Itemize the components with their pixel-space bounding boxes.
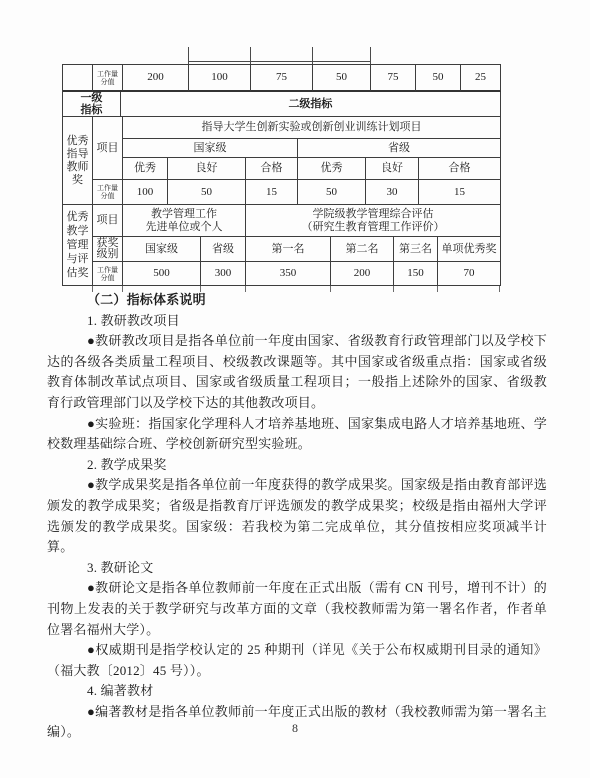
- grade-cell: 优秀: [123, 158, 168, 180]
- table-cut-line: [188, 61, 370, 62]
- score-cell: 75: [251, 65, 313, 92]
- level-cell: 第二名: [331, 237, 394, 262]
- paragraph: 1. 教研教改项目: [47, 311, 547, 332]
- score-cell: 500: [123, 262, 201, 286]
- item-label: 项目: [93, 117, 123, 180]
- level-header-row: 一级 指标 二级指标: [63, 92, 501, 117]
- level-cell: 省级: [201, 237, 246, 262]
- guide-award-content: 指导大学生创新实验或创新创业训练计划项目 国家级 省级 优秀 良好 合格 优秀 …: [123, 117, 501, 205]
- grade-cell: 良好: [168, 158, 246, 180]
- level-cell: 第三名: [394, 237, 438, 262]
- empty-cell: [63, 65, 93, 92]
- mgmt-award-band: 优秀 教学 管理 与评 估奖 项目 获奖 级别 工作量 分值 教学管理工作 先进…: [63, 205, 501, 286]
- grade-row: 优秀 良好 合格 优秀 良好 合格: [123, 158, 501, 180]
- score-cell: 75: [371, 65, 416, 92]
- paragraph: ●教学成果奖是指各单位前一年度获得的教学成果奖。国家级是指由教育部评选颁发的教学…: [47, 475, 547, 557]
- score-cell: 70: [438, 262, 501, 286]
- score-cell: 200: [331, 262, 394, 286]
- indicator-table: 工作量 分值 200 100 75 50 75 50 25 一级 指标 二级指标…: [62, 64, 501, 286]
- grade-cell: 良好: [366, 158, 419, 180]
- paragraph: ●实验班：指国家化学理科人才培养基地班、国家集成电路人才培养基地班、学校数理基础…: [47, 414, 547, 455]
- score-cell: 150: [394, 262, 438, 286]
- project-header-row: 指导大学生创新实验或创新创业训练计划项目: [123, 117, 501, 139]
- score-cell: 30: [366, 180, 419, 205]
- score-cell: 50: [298, 180, 366, 205]
- table-cut-stub: [370, 47, 371, 64]
- grade-cell: 合格: [246, 158, 298, 180]
- group-row: 国家级 省级: [123, 139, 501, 158]
- score-cell: 50: [313, 65, 371, 92]
- workload-label: 工作量 分值: [93, 180, 123, 205]
- project-header: 指导大学生创新实验或创新创业训练计划项目: [123, 117, 501, 139]
- grade-cell: 优秀: [298, 158, 366, 180]
- section-heading: （二）指标体系说明: [47, 290, 547, 311]
- level2-header: 二级指标: [121, 92, 501, 117]
- score-cell: 200: [123, 65, 189, 92]
- label-column: 项目 工作量 分值: [93, 117, 123, 205]
- score-cell: 15: [246, 180, 298, 205]
- award-name: 优秀 指导 教师 奖: [63, 117, 93, 205]
- score-cell: 25: [461, 65, 501, 92]
- award-name: 优秀 教学 管理 与评 估奖: [63, 205, 93, 286]
- mgmt-award-content: 教学管理工作 先进单位或个人 学院级教学管理综合评估 （研究生教育管理工作评价）…: [123, 205, 501, 286]
- group-national: 国家级: [123, 139, 298, 158]
- score-cell: 100: [123, 180, 168, 205]
- group-provincial: 省级: [298, 139, 501, 158]
- item-label: 项目: [93, 205, 123, 237]
- grade-cell: 合格: [419, 158, 501, 180]
- score-cell: 350: [246, 262, 331, 286]
- paragraph: 4. 编著教材: [47, 681, 547, 702]
- level-cell: 国家级: [123, 237, 201, 262]
- project-left: 教学管理工作 先进单位或个人: [123, 205, 246, 237]
- level-cell: 单项优秀奖: [438, 237, 501, 262]
- level-cell: 第一名: [246, 237, 331, 262]
- score-row: 500 300 350 200 150 70: [123, 262, 501, 286]
- page-number: 8: [0, 721, 590, 736]
- workload-row: 工作量 分值 200 100 75 50 75 50 25: [63, 64, 501, 92]
- paragraph: ●教研教改项目是指各单位前一年度由国家、省级教育行政管理部门以及学校下达的各级各…: [47, 331, 547, 413]
- score-row: 100 50 15 50 30 15: [123, 180, 501, 205]
- paragraph: 3. 教研论文: [47, 558, 547, 579]
- score-cell: 50: [168, 180, 246, 205]
- body-text: （二）指标体系说明1. 教研教改项目●教研教改项目是指各单位前一年度由国家、省级…: [47, 290, 547, 743]
- project-row: 教学管理工作 先进单位或个人 学院级教学管理综合评估 （研究生教育管理工作评价）: [123, 205, 501, 237]
- workload-label: 工作量 分值: [93, 262, 123, 286]
- score-cell: 50: [416, 65, 461, 92]
- label-column: 项目 获奖 级别 工作量 分值: [93, 205, 123, 286]
- paragraph: ●权威期刊是指学校认定的 25 种期刊（详见《关于公布权威期刊目录的通知》（福大…: [47, 640, 547, 681]
- guide-award-band: 优秀 指导 教师 奖 项目 工作量 分值 指导大学生创新实验或创新创业训练计划项…: [63, 117, 501, 205]
- score-cell: 15: [419, 180, 501, 205]
- document-page: 工作量 分值 200 100 75 50 75 50 25 一级 指标 二级指标…: [0, 0, 590, 778]
- score-cell: 100: [189, 65, 251, 92]
- paragraph: 2. 教学成果奖: [47, 455, 547, 476]
- paragraph: ●教研论文是指各单位教师前一年度在正式出版（需有 CN 刊号，增刊不计）的刊物上…: [47, 578, 547, 640]
- project-right: 学院级教学管理综合评估 （研究生教育管理工作评价）: [246, 205, 501, 237]
- level1-header: 一级 指标: [63, 92, 121, 117]
- award-level-label: 获奖 级别: [93, 237, 123, 262]
- level-row: 国家级 省级 第一名 第二名 第三名 单项优秀奖: [123, 237, 501, 262]
- workload-label: 工作量 分值: [93, 65, 123, 92]
- score-cell: 300: [201, 262, 246, 286]
